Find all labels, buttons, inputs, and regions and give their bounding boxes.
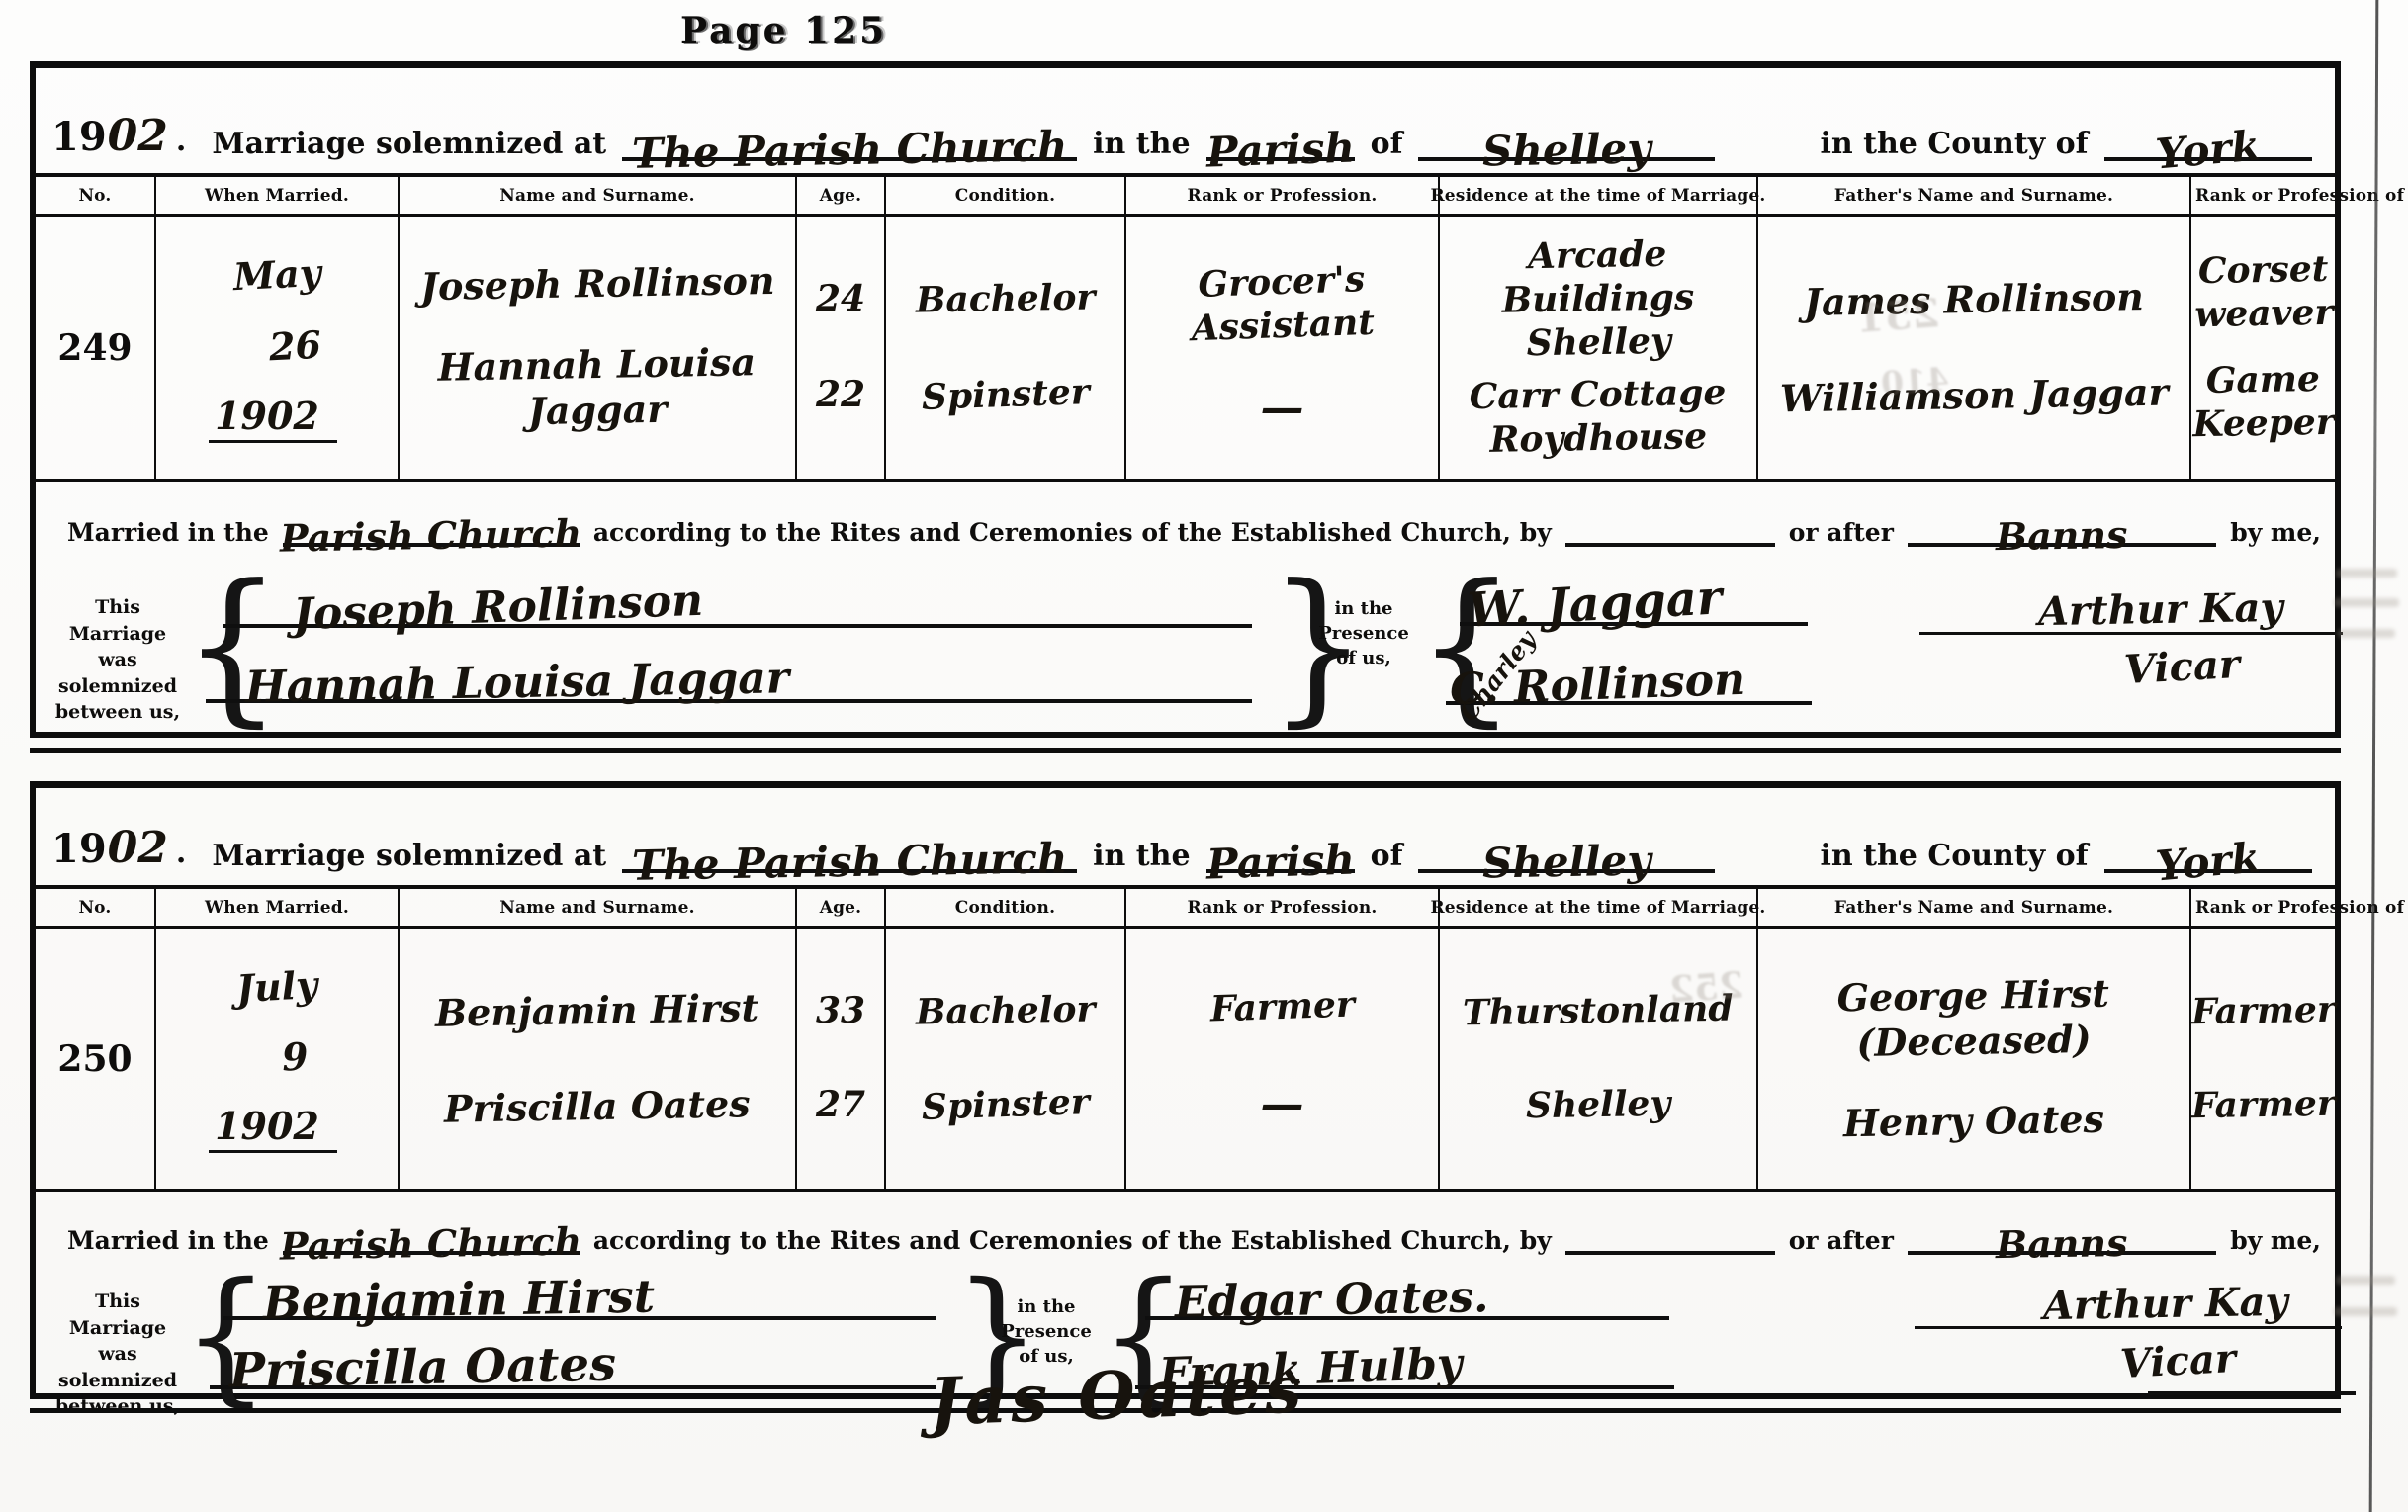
bride-age: 27: [816, 1084, 865, 1127]
county-value: York: [2154, 837, 2262, 887]
label-in-the-county-of: in the County of: [1820, 839, 2088, 873]
bleed-through-mark: [2336, 569, 2397, 578]
label-or-after: or after: [1789, 1226, 1894, 1255]
licence-blank-field: [1565, 1200, 1775, 1255]
page-number: Page 125: [680, 10, 887, 51]
parish-field: Shelley: [1418, 806, 1715, 873]
header-cell-father-name: Father's Name and Surname.: [1758, 889, 2191, 926]
bleed-through-mark: [2334, 1307, 2397, 1316]
label-married-in-the: Married in the: [67, 1226, 269, 1255]
officiant-signature: Arthur Kay: [2043, 1283, 2288, 1326]
cell-father-professions: Corset weaver Game Keeper: [2191, 217, 2335, 479]
bride-signature-line: Priscilla Oates: [210, 1385, 936, 1389]
column-headers: No. When Married. Name and Surname. Age.…: [36, 885, 2335, 929]
witness1-signature: W. Jaggar: [1467, 574, 1723, 634]
division-field: Parish: [1206, 94, 1355, 161]
period: .: [176, 836, 186, 870]
cell-entry-number: 249: [36, 217, 156, 479]
cell-father-names: James Rollinson Williamson Jaggar: [1758, 217, 2191, 479]
groom-signature-line: Benjamin Hirst: [223, 1316, 936, 1320]
officiant-title: Vicar: [2119, 1335, 2237, 1387]
header-cell-rank-profession: Rank or Profession.: [1126, 889, 1440, 926]
header-cell-residence: Residence at the time of Marriage.: [1440, 177, 1758, 214]
label-in-presence-of: in the Presence of us,: [1313, 596, 1414, 671]
bride-signature-line: Hannah Louisa Jaggar: [206, 699, 1252, 703]
married-in-field: Parish Church: [283, 1200, 580, 1255]
bleed-through-number: 251: [1855, 290, 1941, 342]
column-headers: No. When Married. Name and Surname. Age.…: [36, 173, 2335, 217]
label-in-the: in the: [1093, 127, 1190, 161]
label-marriage-solemnized-at: Marriage solemnized at: [212, 839, 606, 873]
bride-name: Priscilla Oates: [444, 1081, 751, 1132]
married-in-row: Married in the Parish Church according t…: [36, 482, 2335, 561]
bride-signature: Hannah Louisa Jaggar: [245, 657, 790, 710]
marriage-month: July: [235, 962, 318, 1011]
bride-profession-dash: —: [1261, 1078, 1304, 1131]
bride-condition: Spinster: [921, 1081, 1090, 1130]
label-in-the: in the: [1093, 839, 1190, 873]
year-printed: 19: [51, 826, 107, 872]
marriage-record-250: 1902. Marriage solemnized at The Parish …: [30, 781, 2341, 1399]
header-cell-when-married: When Married.: [156, 177, 400, 214]
bride-residence: Shelley: [1526, 1083, 1671, 1128]
header-cell-father-name: Father's Name and Surname.: [1758, 177, 2191, 214]
cell-names: Joseph Rollinson Hannah Louisa Jaggar: [400, 217, 797, 479]
groom-father-name: James Rollinson: [1804, 274, 2145, 325]
bleed-through-mark: [2334, 598, 2399, 607]
church-value: The Parish Church: [632, 126, 1068, 175]
header-cell-age: Age.: [797, 889, 886, 926]
header-cell-age: Age.: [797, 177, 886, 214]
officiant-signature-line: Arthur Kay: [1915, 1326, 2342, 1329]
groom-age: 24: [816, 278, 865, 321]
banns-field: Banns: [1908, 1200, 2216, 1255]
label-this-marriage-solemnized: This Marriage was solemnized between us,: [49, 1289, 186, 1420]
licence-blank-field: [1565, 491, 1775, 547]
bleed-through-number: 410: [1880, 360, 1950, 403]
label-of: of: [1371, 127, 1403, 161]
bleed-through-number: 252: [1668, 964, 1745, 1011]
officiant-title: Vicar: [2123, 641, 2241, 693]
witness3-signature: Jas Oates: [929, 1350, 1307, 1440]
header-cell-when-married: When Married.: [156, 889, 400, 926]
header-cell-rank-profession: Rank or Profession.: [1126, 177, 1440, 214]
groom-father-profession: Farmer: [2190, 988, 2336, 1033]
header-cell-residence: Residence at the time of Marriage.: [1440, 889, 1758, 926]
cell-conditions: Bachelor Spinster: [886, 929, 1126, 1189]
horizontal-divider: [30, 748, 2341, 753]
cell-professions: Grocer's Assistant —: [1126, 217, 1440, 479]
church-field: The Parish Church: [622, 806, 1077, 873]
marriage-year: 1902: [209, 1104, 337, 1153]
cell-when-married: May 26 1902: [156, 217, 400, 479]
header-cell-no: No.: [36, 889, 156, 926]
bride-father-name: Williamson Jaggar: [1779, 369, 2168, 421]
header-cell-father-rank: Rank or Profession of Father.: [2191, 889, 2335, 926]
cell-names: Benjamin Hirst Priscilla Oates: [400, 929, 797, 1189]
groom-condition: Bachelor: [915, 277, 1095, 323]
married-in-value: Parish Church: [280, 1222, 582, 1265]
marriage-record-249: 1902. Marriage solemnized at The Parish …: [30, 61, 2341, 738]
banns-value: Banns: [1996, 516, 2128, 556]
parish-field: Shelley: [1418, 94, 1715, 161]
header-cell-father-rank: Rank or Profession of Father.: [2191, 177, 2335, 214]
label-marriage-solemnized-at: Marriage solemnized at: [212, 127, 606, 161]
groom-name: Benjamin Hirst: [435, 985, 759, 1036]
officiant-signature: Arthur Kay: [2038, 588, 2283, 632]
signature-block: This Marriage was solemnized between us,…: [36, 561, 2335, 732]
bleed-through-mark: [2338, 629, 2395, 638]
label-of: of: [1371, 839, 1403, 873]
cell-ages: 24 22: [797, 217, 886, 479]
label-married-in-the: Married in the: [67, 518, 269, 547]
division-field: Parish: [1206, 806, 1355, 873]
groom-signature: Benjamin Hirst: [263, 1274, 656, 1326]
label-by-me: by me,: [2230, 1226, 2321, 1255]
married-in-value: Parish Church: [280, 514, 582, 557]
label-rites: according to the Rites and Ceremonies of…: [593, 1226, 1552, 1255]
cell-father-professions: Farmer Farmer: [2191, 929, 2335, 1189]
groom-signature: Joseph Rollinson: [292, 579, 703, 637]
page-fold-line: [2369, 0, 2379, 1512]
county-field: York: [2104, 94, 2312, 161]
bride-residence: Carr Cottage Roydhouse: [1469, 371, 1727, 462]
label-or-after: or after: [1789, 518, 1894, 547]
groom-residence: Arcade Buildings Shelley: [1443, 232, 1753, 368]
header-cell-condition: Condition.: [886, 177, 1126, 214]
year-handwritten: 02: [108, 111, 168, 161]
label-by-me: by me,: [2230, 518, 2321, 547]
header-cell-condition: Condition.: [886, 889, 1126, 926]
witness1-signature-line: Edgar Oates.: [1145, 1316, 1669, 1320]
married-in-field: Parish Church: [283, 491, 580, 547]
header-cell-name-surname: Name and Surname.: [400, 889, 797, 926]
entry-number: 249: [57, 327, 132, 369]
entry-row: 250 July 9 1902 Benjamin Hirst Priscilla…: [36, 929, 2335, 1192]
year: 1902.: [51, 111, 192, 161]
witness2-signature-line: C. Rollinson: [1446, 701, 1812, 705]
marriage-day: 26: [267, 321, 321, 369]
record-title-row: 1902. Marriage solemnized at The Parish …: [36, 788, 2335, 885]
bride-father-name: Henry Oates: [1843, 1097, 2105, 1147]
parish-value: Shelley: [1482, 841, 1651, 885]
bride-signature: Priscilla Oates: [229, 1341, 617, 1395]
bride-name: Hannah Louisa Jaggar: [438, 339, 758, 436]
bride-age: 22: [816, 374, 865, 417]
groom-name: Joseph Rollinson: [419, 258, 774, 311]
entry-row: 249 May 26 1902 Joseph Rollinson Hannah …: [36, 217, 2335, 482]
marriage-day: 9: [281, 1033, 310, 1079]
marriage-month: May: [231, 250, 321, 300]
cell-when-married: July 9 1902: [156, 929, 400, 1189]
bride-father-profession: Game Keeper: [2191, 358, 2335, 447]
bride-profession-dash: —: [1261, 382, 1304, 435]
groom-condition: Bachelor: [915, 988, 1095, 1034]
cell-entry-number: 250: [36, 929, 156, 1189]
bride-condition: Spinster: [921, 371, 1090, 420]
cell-ages: 33 27: [797, 929, 886, 1189]
cell-conditions: Bachelor Spinster: [886, 217, 1126, 479]
division-value: Parish: [1205, 839, 1355, 885]
scanned-marriage-register-page: { "page": { "title": "Page 125" }, "form…: [0, 0, 2408, 1512]
record-title-row: 1902. Marriage solemnized at The Parish …: [36, 68, 2335, 173]
church-value: The Parish Church: [632, 838, 1068, 887]
year-printed: 19: [51, 114, 107, 160]
groom-father-profession: Corset weaver: [2193, 248, 2334, 337]
division-value: Parish: [1205, 127, 1355, 173]
label-this-marriage-solemnized: This Marriage was solemnized between us,: [49, 594, 186, 726]
header-cell-no: No.: [36, 177, 156, 214]
year: 1902.: [51, 823, 192, 873]
church-field: The Parish Church: [622, 94, 1077, 161]
label-rites: according to the Rites and Ceremonies of…: [593, 518, 1552, 547]
officiant-title-underline: [2148, 1391, 2356, 1395]
bride-father-profession: Farmer: [2190, 1083, 2336, 1128]
banns-value: Banns: [1996, 1224, 2128, 1264]
county-field: York: [2104, 806, 2312, 873]
label-in-the-county-of: in the County of: [1820, 127, 2088, 161]
marriage-year: 1902: [209, 394, 337, 443]
witness1-signature-line: W. Jaggar: [1460, 622, 1808, 626]
county-value: York: [2154, 125, 2262, 175]
groom-profession: Farmer: [1209, 984, 1355, 1032]
header-cell-name-surname: Name and Surname.: [400, 177, 797, 214]
parish-value: Shelley: [1482, 129, 1651, 173]
groom-age: 33: [816, 990, 865, 1033]
officiant-signature-line: Arthur Kay: [1919, 632, 2343, 635]
entry-number: 250: [57, 1038, 132, 1080]
cell-professions: Farmer —: [1126, 929, 1440, 1189]
cell-father-names: George Hirst (Deceased) Henry Oates: [1758, 929, 2191, 1189]
bleed-through-mark: [2336, 1276, 2395, 1285]
groom-signature-line: Joseph Rollinson: [223, 624, 1252, 628]
groom-profession: Grocer's Assistant: [1189, 257, 1375, 350]
witness1-signature: Edgar Oates.: [1175, 1276, 1489, 1325]
banns-field: Banns: [1908, 491, 2216, 547]
period: .: [176, 124, 186, 158]
groom-father-name: George Hirst (Deceased): [1837, 970, 2111, 1067]
year-handwritten: 02: [108, 823, 168, 873]
cell-residences: Arcade Buildings Shelley Carr Cottage Ro…: [1440, 217, 1758, 479]
